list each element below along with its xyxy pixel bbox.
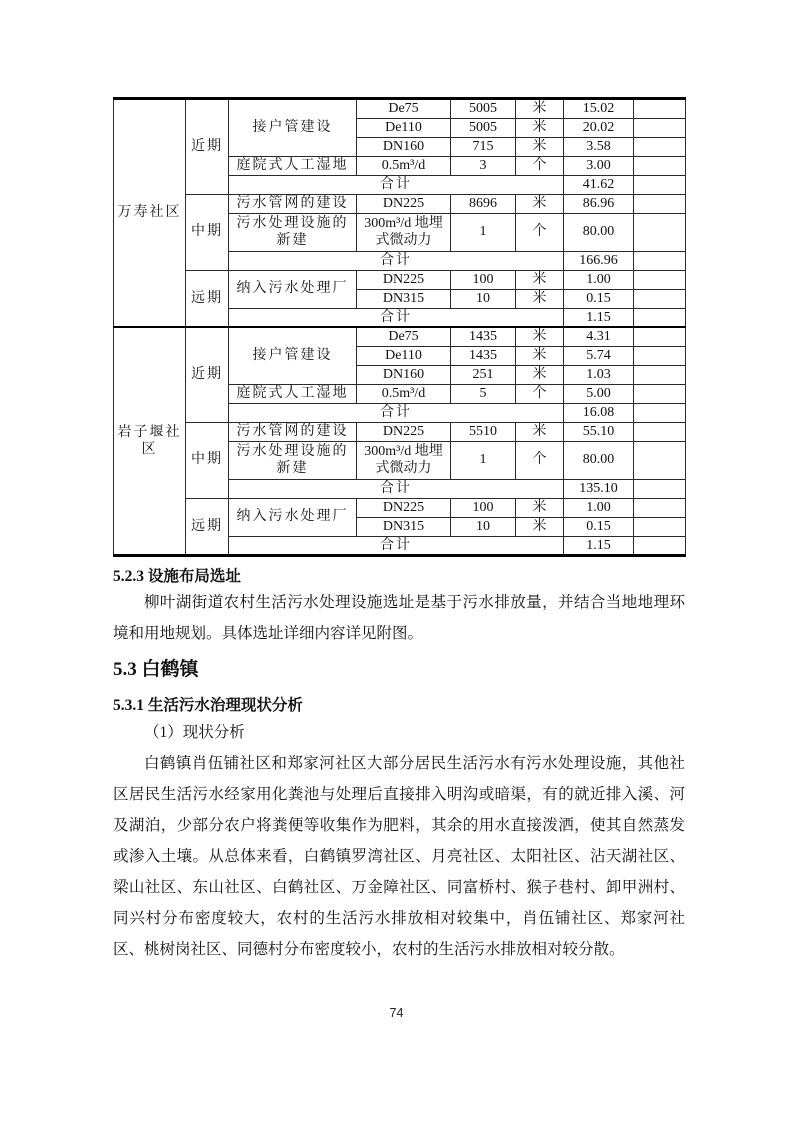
amount-cell: 16.08 — [564, 403, 634, 422]
unit-cell: 米 — [516, 422, 564, 441]
total-label-cell: 合计 — [229, 479, 564, 498]
amount-cell: 3.00 — [564, 156, 634, 175]
qty-cell: 1 — [451, 441, 516, 479]
qty-cell: 1435 — [451, 327, 516, 346]
empty-cell — [634, 213, 686, 251]
empty-cell — [634, 403, 686, 422]
unit-cell: 米 — [516, 327, 564, 346]
empty-cell — [634, 479, 686, 498]
spec-cell: De75 — [357, 99, 451, 119]
amount-cell: 4.31 — [564, 327, 634, 346]
amount-cell: 1.00 — [564, 270, 634, 289]
qty-cell: 5510 — [451, 422, 516, 441]
community-cell: 岩子堰社区 — [114, 327, 186, 556]
period-cell: 远期 — [186, 498, 229, 556]
unit-cell: 米 — [516, 346, 564, 365]
amount-cell: 0.15 — [564, 289, 634, 308]
page-content: 万寿社区 近期 接户管建设 De75 5005 米 15.02 De110 50… — [113, 97, 685, 965]
empty-cell — [634, 118, 686, 137]
qty-cell: 1 — [451, 213, 516, 251]
qty-cell: 1435 — [451, 346, 516, 365]
qty-cell: 5 — [451, 384, 516, 403]
spec-cell: 300m³/d 地埋式微动力 — [357, 441, 451, 479]
qty-cell: 3 — [451, 156, 516, 175]
spec-cell: 0.5m³/d — [357, 156, 451, 175]
project-cell: 纳入污水处理厂 — [229, 270, 357, 308]
table-row: 中期 污水管网的建设 DN225 5510 米 55.10 — [114, 422, 686, 441]
amount-cell: 166.96 — [564, 251, 634, 270]
amount-cell: 3.58 — [564, 137, 634, 156]
period-cell: 远期 — [186, 270, 229, 327]
amount-cell: 5.74 — [564, 346, 634, 365]
amount-cell: 86.96 — [564, 194, 634, 213]
empty-cell — [634, 441, 686, 479]
total-label-cell: 合计 — [229, 308, 564, 327]
period-cell: 中期 — [186, 422, 229, 498]
amount-cell: 80.00 — [564, 441, 634, 479]
section-wanshou: 万寿社区 近期 接户管建设 De75 5005 米 15.02 De110 50… — [114, 99, 686, 328]
amount-cell: 15.02 — [564, 99, 634, 119]
empty-cell — [634, 384, 686, 403]
unit-cell: 个 — [516, 384, 564, 403]
total-label-cell: 合计 — [229, 251, 564, 270]
amount-cell: 41.62 — [564, 175, 634, 194]
amount-cell: 5.00 — [564, 384, 634, 403]
table-row: 万寿社区 近期 接户管建设 De75 5005 米 15.02 — [114, 99, 686, 119]
spec-cell: De110 — [357, 346, 451, 365]
amount-cell: 55.10 — [564, 422, 634, 441]
project-cell: 污水处理设施的新建 — [229, 213, 357, 251]
page-number: 74 — [0, 1006, 793, 1020]
spec-cell: 300m³/d 地埋式微动力 — [357, 213, 451, 251]
amount-cell: 135.10 — [564, 479, 634, 498]
amount-cell: 1.03 — [564, 365, 634, 384]
unit-cell: 米 — [516, 137, 564, 156]
table-row: 远期 纳入污水处理厂 DN225 100 米 1.00 — [114, 498, 686, 517]
unit-cell: 米 — [516, 289, 564, 308]
qty-cell: 5005 — [451, 99, 516, 119]
heading-5-2-3: 5.2.3 设施布局选址 — [113, 566, 685, 587]
unit-cell: 米 — [516, 270, 564, 289]
spec-cell: DN225 — [357, 194, 451, 213]
qty-cell: 5005 — [451, 118, 516, 137]
amount-cell: 1.15 — [564, 536, 634, 556]
spec-cell: 0.5m³/d — [357, 384, 451, 403]
amount-cell: 0.15 — [564, 517, 634, 536]
subheading-status-analysis: （1）现状分析 — [113, 717, 685, 748]
community-cell: 万寿社区 — [114, 99, 186, 328]
amount-cell: 20.02 — [564, 118, 634, 137]
heading-5-3-1: 5.3.1 生活污水治理现状分析 — [113, 695, 685, 717]
project-cell: 庭院式人工湿地 — [229, 156, 357, 175]
qty-cell: 8696 — [451, 194, 516, 213]
spec-cell: DN315 — [357, 289, 451, 308]
section-yanziyan: 岩子堰社区 近期 接户管建设 De75 1435 米 4.31 De110 14… — [114, 327, 686, 556]
amount-cell: 1.00 — [564, 498, 634, 517]
empty-cell — [634, 422, 686, 441]
spec-cell: DN160 — [357, 365, 451, 384]
project-cell: 接户管建设 — [229, 99, 357, 157]
spec-cell: De110 — [357, 118, 451, 137]
unit-cell: 个 — [516, 441, 564, 479]
sewage-plan-table: 万寿社区 近期 接户管建设 De75 5005 米 15.02 De110 50… — [113, 97, 686, 557]
paragraph-site-selection: 柳叶湖街道农村生活污水处理设施选址是基于污水排放量，并结合当地地理环境和用地规划… — [113, 587, 685, 649]
qty-cell: 100 — [451, 498, 516, 517]
spec-cell: De75 — [357, 327, 451, 346]
empty-cell — [634, 194, 686, 213]
table-row: 远期 纳入污水处理厂 DN225 100 米 1.00 — [114, 270, 686, 289]
empty-cell — [634, 137, 686, 156]
empty-cell — [634, 289, 686, 308]
amount-cell: 1.15 — [564, 308, 634, 327]
qty-cell: 10 — [451, 289, 516, 308]
project-cell: 污水管网的建设 — [229, 194, 357, 213]
empty-cell — [634, 308, 686, 327]
spec-cell: DN225 — [357, 422, 451, 441]
empty-cell — [634, 251, 686, 270]
period-cell: 近期 — [186, 327, 229, 422]
amount-cell: 80.00 — [564, 213, 634, 251]
spec-cell: DN160 — [357, 137, 451, 156]
qty-cell: 10 — [451, 517, 516, 536]
spec-cell: DN225 — [357, 498, 451, 517]
total-label-cell: 合计 — [229, 403, 564, 422]
spec-cell: DN225 — [357, 270, 451, 289]
qty-cell: 100 — [451, 270, 516, 289]
project-cell: 污水管网的建设 — [229, 422, 357, 441]
total-label-cell: 合计 — [229, 175, 564, 194]
spec-cell: DN315 — [357, 517, 451, 536]
project-cell: 接户管建设 — [229, 327, 357, 384]
empty-cell — [634, 270, 686, 289]
unit-cell: 米 — [516, 498, 564, 517]
document-page: { "table": { "sections": [ { "community"… — [0, 0, 793, 1122]
unit-cell: 米 — [516, 118, 564, 137]
empty-cell — [634, 327, 686, 346]
qty-cell: 251 — [451, 365, 516, 384]
total-label-cell: 合计 — [229, 536, 564, 556]
empty-cell — [634, 175, 686, 194]
period-cell: 近期 — [186, 99, 229, 195]
unit-cell: 个 — [516, 156, 564, 175]
unit-cell: 个 — [516, 213, 564, 251]
table-row: 岩子堰社区 近期 接户管建设 De75 1435 米 4.31 — [114, 327, 686, 346]
period-cell: 中期 — [186, 194, 229, 270]
unit-cell: 米 — [516, 365, 564, 384]
table-row: 中期 污水管网的建设 DN225 8696 米 86.96 — [114, 194, 686, 213]
paragraph-status-analysis: 白鹤镇肖伍铺社区和郑家河社区大部分居民生活污水有污水处理设施，其他社区居民生活污… — [113, 748, 685, 965]
empty-cell — [634, 156, 686, 175]
empty-cell — [634, 517, 686, 536]
project-cell: 庭院式人工湿地 — [229, 384, 357, 403]
project-cell: 污水处理设施的新建 — [229, 441, 357, 479]
empty-cell — [634, 498, 686, 517]
project-cell: 纳入污水处理厂 — [229, 498, 357, 536]
empty-cell — [634, 99, 686, 119]
empty-cell — [634, 536, 686, 556]
unit-cell: 米 — [516, 517, 564, 536]
qty-cell: 715 — [451, 137, 516, 156]
unit-cell: 米 — [516, 194, 564, 213]
unit-cell: 米 — [516, 99, 564, 119]
heading-5-3: 5.3 白鹤镇 — [113, 657, 685, 683]
empty-cell — [634, 365, 686, 384]
empty-cell — [634, 346, 686, 365]
